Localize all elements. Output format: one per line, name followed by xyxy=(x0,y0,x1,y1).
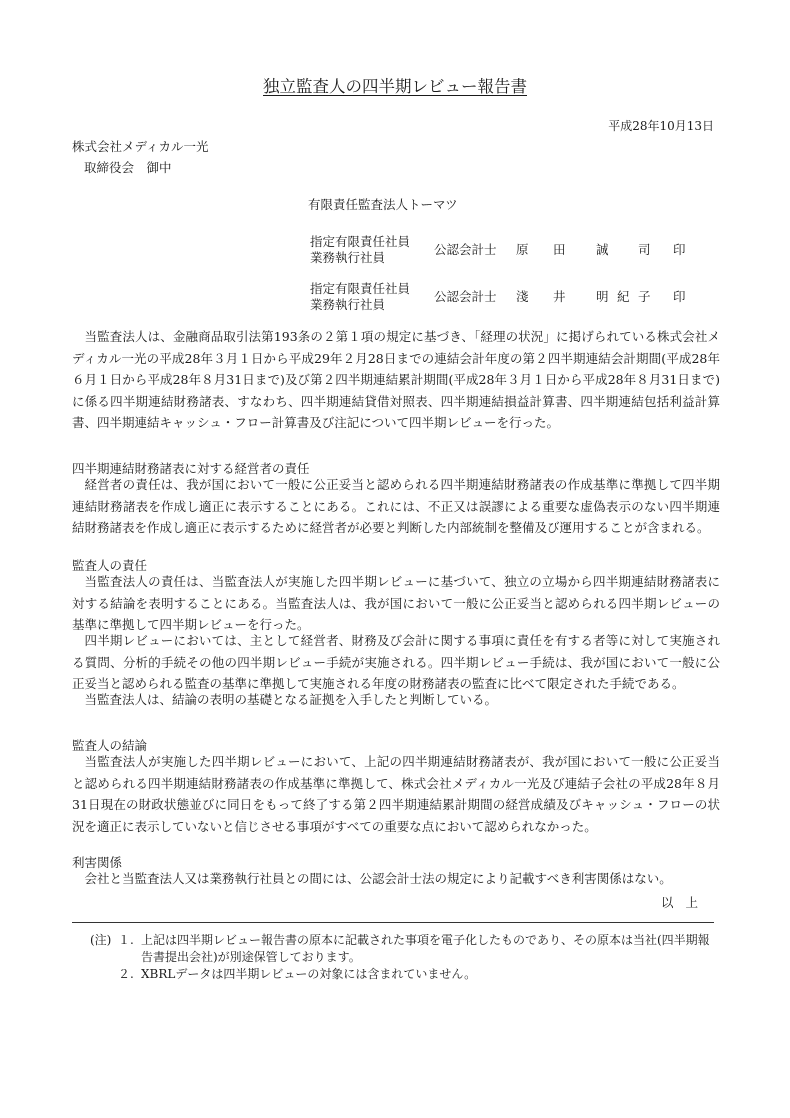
signer-qualification: 公認会計士 xyxy=(434,242,516,258)
addressee-board: 取締役会 御中 xyxy=(84,158,172,176)
conflict-of-interest-paragraph: 会社と当監査法人又は業務執行社員との間には、公認会計士法の規定により記載すべき利… xyxy=(72,868,720,890)
audit-firm: 有限責任監査法人トーマツ xyxy=(308,195,458,213)
signer-name: 原田誠司 xyxy=(516,242,673,258)
signer-name-char: 淺 xyxy=(516,289,553,305)
signer-role-line2: 業務執行社員 xyxy=(310,250,385,265)
report-date: 平成28年10月13日 xyxy=(608,117,714,134)
auditor-responsibility-paragraph: 四半期レビューにおいては、主として経営者、財務及び会計に関する事項に責任を有する… xyxy=(72,630,720,695)
signer-name-char: 田 xyxy=(553,242,596,258)
signer-name-char: 誠 xyxy=(596,242,638,258)
footer-divider xyxy=(72,922,714,923)
signer-name-char: 司 xyxy=(638,242,673,258)
signer-name-char: 原 xyxy=(516,242,553,258)
note-number: １. xyxy=(118,932,134,949)
signer-name-char: 紀 xyxy=(617,289,638,305)
closing-mark: 以上 xyxy=(661,893,710,911)
management-responsibility-paragraph: 経営者の責任は、我が国において一般に公正妥当と認められる四半期連結財務諸表の作成… xyxy=(72,474,720,539)
report-title: 独立監査人の四半期レビュー報告書 xyxy=(0,73,790,97)
signer-role: 指定有限責任社員 業務執行社員 xyxy=(310,234,434,266)
intro-paragraph: 当監査法人は、金融商品取引法第193条の２第１項の規定に基づき、「経理の状況」に… xyxy=(72,326,720,434)
notes-label: (注) xyxy=(90,932,111,949)
signer-name-char: 子 xyxy=(638,289,673,305)
signer-qualification: 公認会計士 xyxy=(434,289,516,305)
auditor-responsibility-paragraph: 当監査法人は、結論の表明の基礎となる証拠を入手したと判断している。 xyxy=(72,689,720,711)
signer-role-line1: 指定有限責任社員 xyxy=(310,281,410,296)
auditor-conclusion-paragraph: 当監査法人が実施した四半期レビューにおいて、上記の四半期連結財務諸表が、我が国に… xyxy=(72,751,720,837)
seal-mark: 印 xyxy=(673,242,686,258)
addressee-company: 株式会社メディカル一光 xyxy=(72,137,209,155)
note-text: 上記は四半期レビュー報告書の原本に記載された事項を電子化したものであり、その原本… xyxy=(141,932,710,949)
signer-role-line2: 業務執行社員 xyxy=(310,297,385,312)
auditor-responsibility-paragraph: 当監査法人の責任は、当監査法人が実施した四半期レビューに基づいて、独立の立場から… xyxy=(72,571,720,636)
note-number: ２. xyxy=(118,966,134,983)
signer-name-char: 明 xyxy=(596,289,617,305)
note-text-continued: 告書提出会社)が別途保管しております。 xyxy=(141,949,361,966)
signer-role-line1: 指定有限責任社員 xyxy=(310,234,410,249)
seal-mark: 印 xyxy=(673,289,686,305)
signer-name-char: 井 xyxy=(553,289,596,305)
note-text: XBRLデータは四半期レビューの対象には含まれていません。 xyxy=(141,966,476,983)
signer-block: 指定有限責任社員 業務執行社員 公認会計士 淺井明紀子 印 xyxy=(310,281,686,313)
signer-name: 淺井明紀子 xyxy=(516,289,673,305)
signer-block: 指定有限責任社員 業務執行社員 公認会計士 原田誠司 印 xyxy=(310,234,686,266)
signer-role: 指定有限責任社員 業務執行社員 xyxy=(310,281,434,313)
report-title-text: 独立監査人の四半期レビュー報告書 xyxy=(263,77,527,96)
